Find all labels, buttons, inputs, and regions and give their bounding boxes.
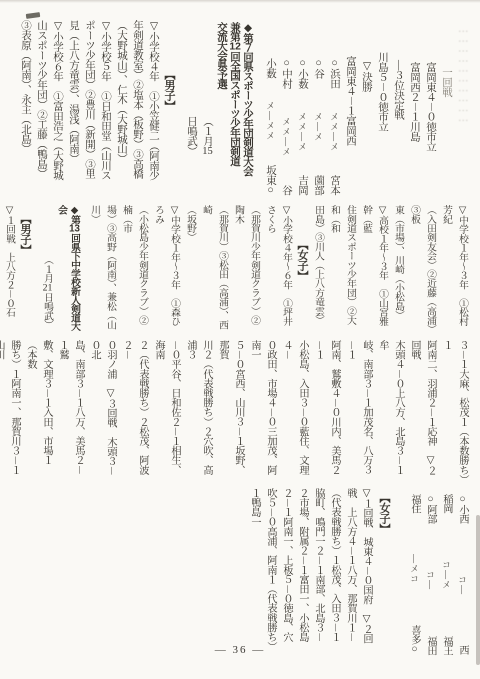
player-name-top: 小薮 [262, 58, 278, 78]
article-heading-column: ◆第７回県スポーツ少年団剣道大会 [241, 12, 254, 195]
player-name-top: ○阿部 [422, 494, 438, 524]
player-name-top: ○小西 [454, 494, 470, 524]
player-name-top: ○中村 [278, 58, 294, 88]
result-column: 富岡東４－１富岡西 [342, 12, 358, 195]
bout-column: ○阿部コ―福田 [422, 488, 438, 655]
band-three: ３－１大麻、松茂１（本数勝ち）１阿南二、羽浦２－１応神 ▽２回戦木頭４－０上八方… [10, 340, 470, 482]
result-column: 島、南部３－１八万、美馬２－１鷲 [54, 340, 86, 482]
section-label: 【男子】 [161, 12, 177, 195]
result-column: 川島５－０徳市立 [374, 12, 390, 195]
player-name-top: ○谷 [310, 58, 326, 78]
score-marks: メ―メ [310, 112, 326, 142]
article-heading-column: 兼第12回全国スポーツ少年団剣道 [228, 12, 241, 195]
result-column: 田島）③川人（上八方竜雲） [310, 205, 326, 332]
result-column: 東（市場）、川崎（小松島） [390, 205, 406, 332]
result-column: 川２（代表戦勝ち）２穴吹、高浦３ [182, 340, 214, 482]
article-heading-column: ◆第13回県下中学校新人剣道大会 [55, 205, 81, 332]
player-name-top: ○小薮 [294, 58, 310, 88]
score-marks: コ― [422, 570, 438, 590]
band-top-results: ⋮⋮⋮⋮⋮⋮⋮⋮⋮⋮一回戦富岡東４－０徳市立富岡西２－１川島―３位決定戦川島５－… [10, 12, 470, 195]
player-name-bottom: 谷 [278, 185, 294, 195]
section-label: 【男子】 [17, 205, 33, 332]
result-column: 山スポーツ少年団）②工藤（鴨島） [33, 12, 49, 195]
scanned-page: ― 36 ― ⋮⋮⋮⋮⋮⋮⋮⋮⋮⋮一回戦富岡東４－０徳市立富岡西２－１川島―３位… [0, 0, 480, 679]
result-column: ２－１阿南一、上板５－０徳島、穴 [278, 488, 294, 655]
player-name-bottom: 宮本 [326, 175, 342, 195]
date-venue-column: （１月21日鳴武） [39, 205, 55, 332]
section-label: 【女子】 [376, 488, 392, 655]
player-name-bottom: 福田 [422, 636, 438, 655]
result-column: ２（代表戦勝ち）２松茂、阿波２－ [118, 340, 150, 482]
score-marks: コ―メ [438, 560, 454, 590]
article-heading-column: 交流大会県予選 [215, 12, 228, 195]
band-four: ○小西コ―西稲岡コ―メ福王○阿部コ―福田福住―メコ喜多○【女子】▽１回戦 城東４… [10, 488, 470, 655]
round-label-column: ▽決勝 [358, 12, 374, 195]
result-column: （坂野） [182, 205, 198, 332]
result-column: （入田剣友会）②近藤（高浦）③板 [406, 205, 438, 332]
round-label-column: 一回戦 [438, 12, 454, 195]
result-column: ０羽ノ浦 ▽３回戦 木頭３－０北 [86, 340, 118, 482]
result-column: 阿南、鷲敷４－０川内、美馬２－１ [310, 340, 342, 482]
score-marks: コ― [454, 575, 470, 595]
score-marks: ―メコ [406, 554, 422, 584]
result-column: １鴨島一 [246, 488, 262, 655]
band-two: ▽中学校１年～３年 ①松村芳紀（入田剣友会）②近藤（高浦）③板東（市場）、川崎（… [10, 205, 470, 332]
result-column: 富岡西２－１川島 [406, 12, 422, 195]
player-name-top: 福住 [406, 494, 422, 513]
result-column: 敷、文理３－１入田、市場１（本数 [22, 340, 54, 482]
result-column: 戦 上八方４－１八万、那賀川１－ [342, 488, 358, 655]
score-marks: メメ―メ [326, 112, 342, 152]
result-column: ▽小学校４年～６年 ①坪井さくら [262, 205, 294, 332]
score-marks: メメ―メ [278, 117, 294, 157]
result-column: 年剣道教室）②塩本（板野）③高橋 [129, 12, 145, 195]
bout-column: ○浜田メメ―メ宮本 [326, 12, 342, 195]
result-column: ▽小学校５年 ①日和田堂（山川ス [97, 12, 113, 195]
result-column: －０平谷、日和佐２－１相生、海南 [150, 340, 182, 482]
result-column: ５－０宮西、山川３－１坂野、那賀 [214, 340, 246, 482]
result-column: ▽小学校６年 ①富田浩之（大野城 [49, 12, 65, 195]
result-column: 脇町、鳴門一２－１南部、北島３－ [310, 488, 326, 655]
result-column: （小松島少年剣道クラブ）②楠（市 [118, 205, 150, 332]
result-column: 見（上八方竜雲）、湯浅（阿南） [65, 12, 81, 195]
player-name-bottom: 坂東○ [262, 165, 278, 195]
scan-edge-shadow-right [476, 515, 480, 665]
scan-edge-shadow [0, 0, 480, 3]
date-venue-column: （１月15日鳴武） [183, 12, 215, 195]
player-name-top: ○浜田 [326, 58, 342, 88]
result-column: ▽１回戦 城東４－０国府 ▽２回 [358, 488, 374, 655]
bout-column: ○谷メ―メ薗部 [310, 12, 326, 195]
result-column: 木頭４－０上八方、北島３－１牟 [374, 340, 406, 482]
result-column: ０政田、市場４－０三加茂、阿南一 [246, 340, 278, 482]
player-name-top: 稲岡 [438, 494, 454, 513]
player-name-bottom: 薗部 [310, 175, 326, 195]
bout-column: 小薮メ―メメ坂東○ [262, 12, 278, 195]
score-marks: メ―メメ [262, 101, 278, 141]
result-column: ２市場、附属２－１富田一、小松島 [294, 488, 310, 655]
result-column: ▽中学校１年～３年 ①森ひろみ [150, 205, 182, 332]
result-column: 富岡東４－０徳市立 [422, 12, 438, 195]
illegible-bleedthrough-column: ⋮⋮⋮⋮⋮⋮⋮⋮⋮⋮ [454, 12, 470, 195]
player-name-bottom: 喜多○ [406, 625, 422, 655]
result-column: 岐、南部３－１加茂名、八万３－１ [342, 340, 374, 482]
result-column: 阿南二、羽浦２－１応神 ▽２回戦 [406, 340, 438, 482]
result-column: 小松島、入田３－０藍住、文理４－ [278, 340, 310, 482]
result-column: ３－１大麻、松茂１（本数勝ち）１ [438, 340, 470, 482]
result-column: （代表戦勝ち）１松茂、入田３－１ [326, 488, 342, 655]
result-column: 勝ち）１阿南一、那賀川３－１山川 [0, 340, 22, 482]
result-column: ▽小学校４年 ①小笠健二（阿南少 [145, 12, 161, 195]
bout-column: 福住―メコ喜多○ [406, 488, 422, 655]
section-label: 【女子】 [294, 205, 310, 332]
player-name-bottom: 吉岡 [294, 175, 310, 195]
result-column: ポーツ少年団）②豊川（新開）③里 [81, 12, 97, 195]
result-column: （那賀川少年剣道クラブ）②陶木 [230, 205, 262, 332]
player-name-bottom: 西 [454, 645, 470, 655]
bout-column: 稲岡コ―メ福王 [438, 488, 454, 655]
result-column: ▽１回戦 上八方２－０石井、牟岐 [0, 205, 17, 332]
player-name-bottom: 福王 [438, 636, 454, 655]
result-column: ③表原（阿南）、永主（北島） [17, 12, 33, 195]
result-column: （那賀川）③松田（高浦）、西崎 [198, 205, 230, 332]
bout-column: ○中村メメ―メ谷 [278, 12, 294, 195]
result-column: 吹５－０高浦、阿南１（代表戦勝ち） [262, 488, 278, 655]
bout-column: ○小西コ―西 [454, 488, 470, 655]
round-label-column: ―３位決定戦 [390, 12, 406, 195]
result-column: 住剣道スポーツ少年団）②大和（和 [326, 205, 358, 332]
score-marks: メメ―メ [294, 112, 310, 152]
result-column: （大野城山）、仁木（大野城山） [113, 12, 129, 195]
result-column: ▽中学校１年～３年 ①松村芳紀 [438, 205, 470, 332]
result-column: 場）③高野（阿南）、兼松（山川） [86, 205, 118, 332]
result-column: ▽高校１年～３年 ①山宮雅幹（藍 [358, 205, 390, 332]
bout-column: ○小薮メメ―メ吉岡 [294, 12, 310, 195]
